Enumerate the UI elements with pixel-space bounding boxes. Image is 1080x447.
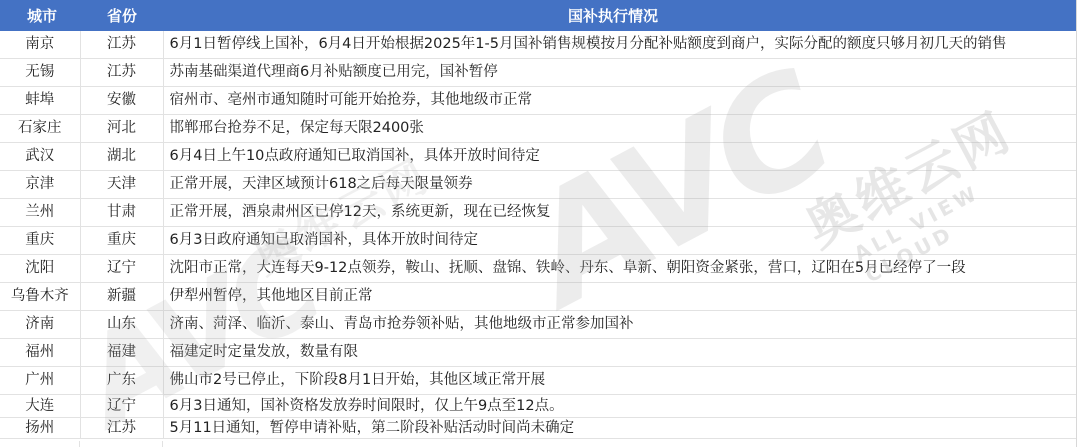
cell-city[interactable]: 大连: [0, 395, 80, 418]
table-row: 兰州 甘肃 正常开展，酒泉肃州区已停12天，系统更新，现在已经恢复: [0, 199, 1076, 227]
cell-city[interactable]: 京津: [0, 171, 80, 199]
cell-province[interactable]: 辽宁: [80, 395, 163, 418]
grid-line: [79, 441, 80, 447]
cell-city[interactable]: 重庆: [0, 227, 80, 255]
subsidy-status-table: 城市 省份 国补执行情况 南京 江苏 6月1日暂停线上国补，6月4日开始根据20…: [0, 0, 1076, 439]
header-province: 省份: [80, 0, 163, 31]
cell-status[interactable]: 正常开展，酒泉肃州区已停12天，系统更新，现在已经恢复: [163, 199, 1076, 227]
cell-city[interactable]: 乌鲁木齐: [0, 283, 80, 311]
cell-status[interactable]: 6月3日政府通知已取消国补，具体开放时间待定: [163, 227, 1076, 255]
cell-province[interactable]: 安徽: [80, 87, 163, 115]
cell-status[interactable]: 沈阳市正常，大连每天9-12点领券，鞍山、抚顺、盘锦、铁岭、丹东、阜新、朝阳资金…: [163, 255, 1076, 283]
cell-status[interactable]: 正常开展，天津区域预计618之后每天限量领券: [163, 171, 1076, 199]
table-row: 无锡 江苏 苏南基础渠道代理商6月补贴额度已用完，国补暂停: [0, 59, 1076, 87]
cell-city[interactable]: 石家庄: [0, 115, 80, 143]
cell-province[interactable]: 江苏: [80, 31, 163, 59]
cell-province[interactable]: 江苏: [80, 418, 163, 439]
cell-status[interactable]: 佛山市2号已停止，下阶段8月1日开始，其他区域正常开展: [163, 367, 1076, 395]
cell-status[interactable]: 福建定时定量发放，数量有限: [163, 339, 1076, 367]
cell-province[interactable]: 甘肃: [80, 199, 163, 227]
cell-city[interactable]: 广州: [0, 367, 80, 395]
cell-province[interactable]: 广东: [80, 367, 163, 395]
cell-province[interactable]: 新疆: [80, 283, 163, 311]
cell-status[interactable]: 6月3日通知，国补资格发放券时间限时，仅上午9点至12点。: [163, 395, 1076, 418]
cell-province[interactable]: 辽宁: [80, 255, 163, 283]
spreadsheet: 城市 省份 国补执行情况 南京 江苏 6月1日暂停线上国补，6月4日开始根据20…: [0, 0, 1080, 447]
table-row: 大连 辽宁 6月3日通知，国补资格发放券时间限时，仅上午9点至12点。: [0, 395, 1076, 418]
cell-status[interactable]: 5月11日通知，暂停申请补贴，第二阶段补贴活动时间尚未确定: [163, 418, 1076, 439]
cell-province[interactable]: 天津: [80, 171, 163, 199]
cell-city[interactable]: 南京: [0, 31, 80, 59]
cell-status[interactable]: 6月1日暂停线上国补，6月4日开始根据2025年1-5月国补销售规模按月分配补贴…: [163, 31, 1076, 59]
grid-line: [162, 441, 163, 447]
cell-city[interactable]: 兰州: [0, 199, 80, 227]
table-row: 扬州 江苏 5月11日通知，暂停申请补贴，第二阶段补贴活动时间尚未确定: [0, 418, 1076, 439]
table-row: 京津 天津 正常开展，天津区域预计618之后每天限量领券: [0, 171, 1076, 199]
header-city: 城市: [0, 0, 80, 31]
table-row: 广州 广东 佛山市2号已停止，下阶段8月1日开始，其他区域正常开展: [0, 367, 1076, 395]
table-row: 武汉 湖北 6月4日上午10点政府通知已取消国补，具体开放时间待定: [0, 143, 1076, 171]
cell-status[interactable]: 济南、菏泽、临沂、泰山、青岛市抢券领补贴，其他地级市正常参加国补: [163, 311, 1076, 339]
table-row: 沈阳 辽宁 沈阳市正常，大连每天9-12点领券，鞍山、抚顺、盘锦、铁岭、丹东、阜…: [0, 255, 1076, 283]
table-row: 济南 山东 济南、菏泽、临沂、泰山、青岛市抢券领补贴，其他地级市正常参加国补: [0, 311, 1076, 339]
cell-status[interactable]: 苏南基础渠道代理商6月补贴额度已用完，国补暂停: [163, 59, 1076, 87]
table-row: 福州 福建 福建定时定量发放，数量有限: [0, 339, 1076, 367]
cell-city[interactable]: 扬州: [0, 418, 80, 439]
table-row: 南京 江苏 6月1日暂停线上国补，6月4日开始根据2025年1-5月国补销售规模…: [0, 31, 1076, 59]
cell-province[interactable]: 山东: [80, 311, 163, 339]
cell-city[interactable]: 武汉: [0, 143, 80, 171]
table-row: 石家庄 河北 邯郸邢台抢券不足，保定每天限2400张: [0, 115, 1076, 143]
cell-city[interactable]: 蚌埠: [0, 87, 80, 115]
cell-status[interactable]: 邯郸邢台抢券不足，保定每天限2400张: [163, 115, 1076, 143]
empty-row-stub: [0, 441, 1077, 447]
cell-province[interactable]: 湖北: [80, 143, 163, 171]
table-row: 重庆 重庆 6月3日政府通知已取消国补，具体开放时间待定: [0, 227, 1076, 255]
table-row: 乌鲁木齐 新疆 伊犁州暂停，其他地区目前正常: [0, 283, 1076, 311]
cell-province[interactable]: 福建: [80, 339, 163, 367]
sheet-right-border: [1076, 0, 1077, 447]
cell-status[interactable]: 6月4日上午10点政府通知已取消国补，具体开放时间待定: [163, 143, 1076, 171]
cell-city[interactable]: 沈阳: [0, 255, 80, 283]
table-row: 蚌埠 安徽 宿州市、亳州市通知随时可能开始抢券，其他地级市正常: [0, 87, 1076, 115]
cell-province[interactable]: 江苏: [80, 59, 163, 87]
cell-city[interactable]: 福州: [0, 339, 80, 367]
cell-province[interactable]: 重庆: [80, 227, 163, 255]
header-row: 城市 省份 国补执行情况: [0, 0, 1076, 31]
cell-status[interactable]: 伊犁州暂停，其他地区目前正常: [163, 283, 1076, 311]
header-status: 国补执行情况: [163, 0, 1076, 31]
cell-status[interactable]: 宿州市、亳州市通知随时可能开始抢券，其他地级市正常: [163, 87, 1076, 115]
cell-province[interactable]: 河北: [80, 115, 163, 143]
cell-city[interactable]: 无锡: [0, 59, 80, 87]
cell-city[interactable]: 济南: [0, 311, 80, 339]
